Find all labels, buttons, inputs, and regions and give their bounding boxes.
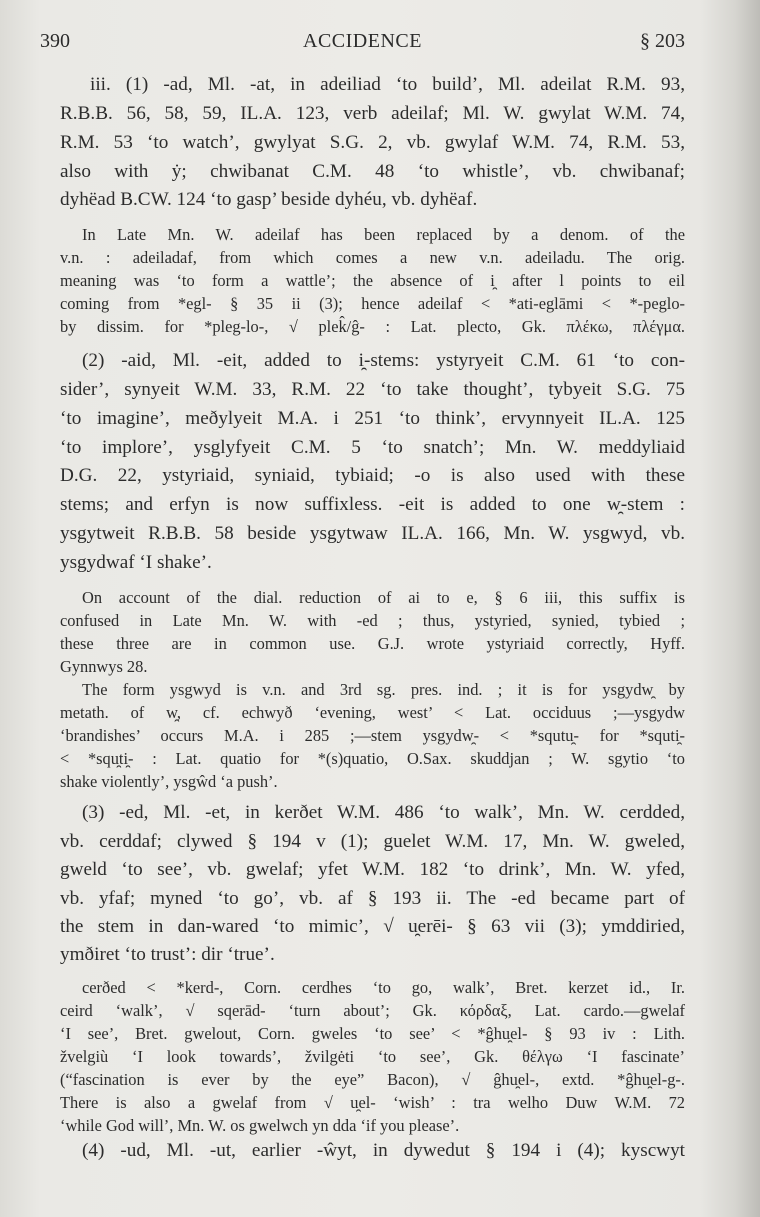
text-line: žvelgiù ‘I look towards’, žvilgėti ‘to s…: [60, 1047, 685, 1067]
text-line: iii. (1) -ad, Ml. -at, in adeiliad ‘to b…: [60, 74, 685, 96]
text-line: (2) -aid, Ml. -eit, added to i̯-stems: y…: [60, 350, 685, 372]
book-page: 390 ACCIDENCE § 203 iii. (1) -ad, Ml. -a…: [0, 0, 760, 1217]
text-line: (3) -ed, Ml. -et, in kerðet W.M. 486 ‘to…: [60, 802, 685, 824]
text-line: by dissim. for *pleg-lo-, √ plek̂/ĝ- : L…: [60, 317, 685, 337]
text-line: < *squ̯ti̯- : Lat. quatio for *(s)quatio…: [60, 749, 685, 769]
text-line: stems; and erfyn is now suffixless. -eit…: [60, 494, 685, 516]
text-line: ‘brandishes’ occurs M.A. i 285 ;—stem ys…: [60, 726, 685, 746]
text-line: Gynnwys 28.: [60, 657, 685, 677]
text-line: (“fascination is ever by the eye” Bacon)…: [60, 1070, 685, 1090]
section-number: § 203: [640, 30, 685, 53]
text-line: On account of the dial. reduction of ai …: [60, 588, 685, 608]
text-line: also with ẏ; chwibanat C.M. 48 ‘to whist…: [60, 161, 685, 183]
text-line: R.M. 53 ‘to watch’, gwylyat S.G. 2, vb. …: [60, 132, 685, 154]
text-line: coming from *egl- § 35 ii (3); hence ade…: [60, 294, 685, 314]
text-line: shake violently’, ysgŵd ‘a push’.: [60, 772, 685, 792]
text-line: ysgydwaf ‘I shake’.: [60, 552, 685, 574]
text-line: D.G. 22, ystyriaid, syniaid, tybiaid; -o…: [60, 465, 685, 487]
text-line: ymðiret ‘to trust’: dir ‘true’.: [60, 944, 685, 966]
text-line: vb. cerddaf; clywed § 194 v (1); guelet …: [60, 831, 685, 853]
text-line: In Late Mn. W. adeilaf has been replaced…: [60, 225, 685, 245]
text-line: sider’, synyeit W.M. 33, R.M. 22 ‘to tak…: [60, 379, 685, 401]
text-line: metath. of w̯, cf. echwyð ‘evening, west…: [60, 703, 685, 723]
text-line: ‘to implore’, ysglyfyeit C.M. 5 ‘to snat…: [60, 437, 685, 459]
text-line: ceird ‘walk’, √ sqerād- ‘turn about’; Gk…: [60, 1001, 685, 1021]
text-line: dyhëad B.CW. 124 ‘to gasp’ beside dyhéu,…: [60, 189, 685, 211]
text-line: cerðed < *kerd-, Corn. cerdhes ‘to go, w…: [60, 978, 685, 998]
text-line: meaning was ‘to form a wattle’; the abse…: [60, 271, 685, 291]
text-line: The form ysgwyd is v.n. and 3rd sg. pres…: [60, 680, 685, 700]
text-line: vb. yfaf; myned ‘to go’, vb. af § 193 ii…: [60, 888, 685, 910]
text-line: the stem in dan-wared ‘to mimic’, √ u̯er…: [60, 916, 685, 938]
text-line: confused in Late Mn. W. with -ed ; thus,…: [60, 611, 685, 631]
running-title: ACCIDENCE: [40, 30, 685, 53]
text-line: ‘I see’, Bret. gwelout, Corn. gweles ‘to…: [60, 1024, 685, 1044]
text-line: these three are in common use. G.J. wrot…: [60, 634, 685, 654]
text-line: R.B.B. 56, 58, 59, IL.A. 123, verb adeil…: [60, 103, 685, 125]
text-line: ‘while God will’, Mn. W. os gwelwch yn d…: [60, 1116, 685, 1136]
text-line: ysgytweit R.B.B. 58 beside ysgytwaw IL.A…: [60, 523, 685, 545]
running-header: 390 ACCIDENCE § 203: [40, 30, 685, 56]
text-line: gweld ‘to see’, vb. gwelaf; yfet W.M. 18…: [60, 859, 685, 881]
text-line: v.n. : adeiladaf, from which comes a new…: [60, 248, 685, 268]
text-line: ‘to imagine’, meðylyeit M.A. i 251 ‘to t…: [60, 408, 685, 430]
text-line: There is also a gwelaf from √ u̯el- ‘wis…: [60, 1093, 685, 1113]
text-line: (4) -ud, Ml. -ut, earlier -ŵyt, in dywed…: [60, 1140, 685, 1162]
